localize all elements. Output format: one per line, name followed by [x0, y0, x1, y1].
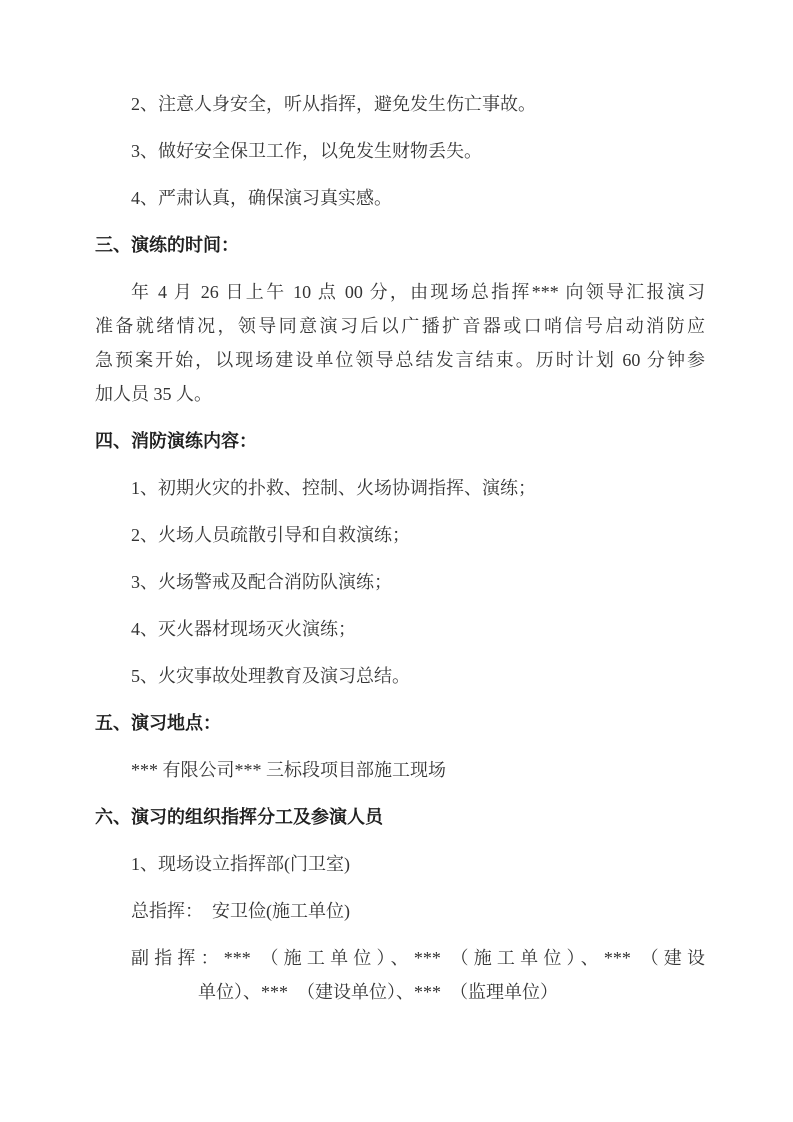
list-item: *** 有限公司*** 三标段项目部施工现场: [95, 753, 705, 787]
paragraph-line: 准备就绪情况，领导同意演习后以广播扩音器或口哨信号启动消防应: [95, 309, 705, 343]
section-heading: 六、演习的组织指挥分工及参演人员: [95, 800, 705, 834]
list-item: 2、注意人身安全，听从指挥，避免发生伤亡事故。: [95, 87, 705, 121]
document-page: 2、注意人身安全，听从指挥，避免发生伤亡事故。3、做好安全保卫工作，以免发生财物…: [0, 0, 793, 1122]
paragraph: 年 4 月 26 日上午 10 点 00 分，由现场总指挥*** 向领导汇报演习…: [95, 275, 705, 411]
list-item: 5、火灾事故处理教育及演习总结。: [95, 659, 705, 693]
paragraph-line: 副指挥：*** （施工单位）、*** （施工单位）、*** （建设: [95, 941, 705, 975]
list-item: 4、严肃认真，确保演习真实感。: [95, 181, 705, 215]
list-item: 3、火场警戒及配合消防队演练；: [95, 565, 705, 599]
paragraph-line: 急预案开始，以现场建设单位领导总结发言结束。历时计划 60 分钟参: [95, 343, 705, 377]
paragraph: 副指挥：*** （施工单位）、*** （施工单位）、*** （建设单位）、***…: [95, 941, 705, 1009]
list-item: 1、初期火灾的扑救、控制、火场协调指挥、演练；: [95, 471, 705, 505]
paragraph-line: 加人员 35 人。: [95, 377, 705, 411]
list-item: 2、火场人员疏散引导和自救演练；: [95, 518, 705, 552]
document-content: 2、注意人身安全，听从指挥，避免发生伤亡事故。3、做好安全保卫工作，以免发生财物…: [0, 0, 793, 1009]
section-heading: 四、消防演练内容：: [95, 424, 705, 458]
list-item: 1、现场设立指挥部(门卫室): [95, 847, 705, 881]
paragraph-line: 年 4 月 26 日上午 10 点 00 分，由现场总指挥*** 向领导汇报演习: [95, 275, 705, 309]
paragraph-line: 单位）、*** （建设单位）、*** （监理单位）: [95, 975, 705, 1009]
section-heading: 三、演练的时间：: [95, 228, 705, 262]
list-item: 3、做好安全保卫工作，以免发生财物丢失。: [95, 134, 705, 168]
section-heading: 五、演习地点：: [95, 706, 705, 740]
list-item: 总指挥： 安卫俭(施工单位): [95, 894, 705, 928]
list-item: 4、灭火器材现场灭火演练；: [95, 612, 705, 646]
